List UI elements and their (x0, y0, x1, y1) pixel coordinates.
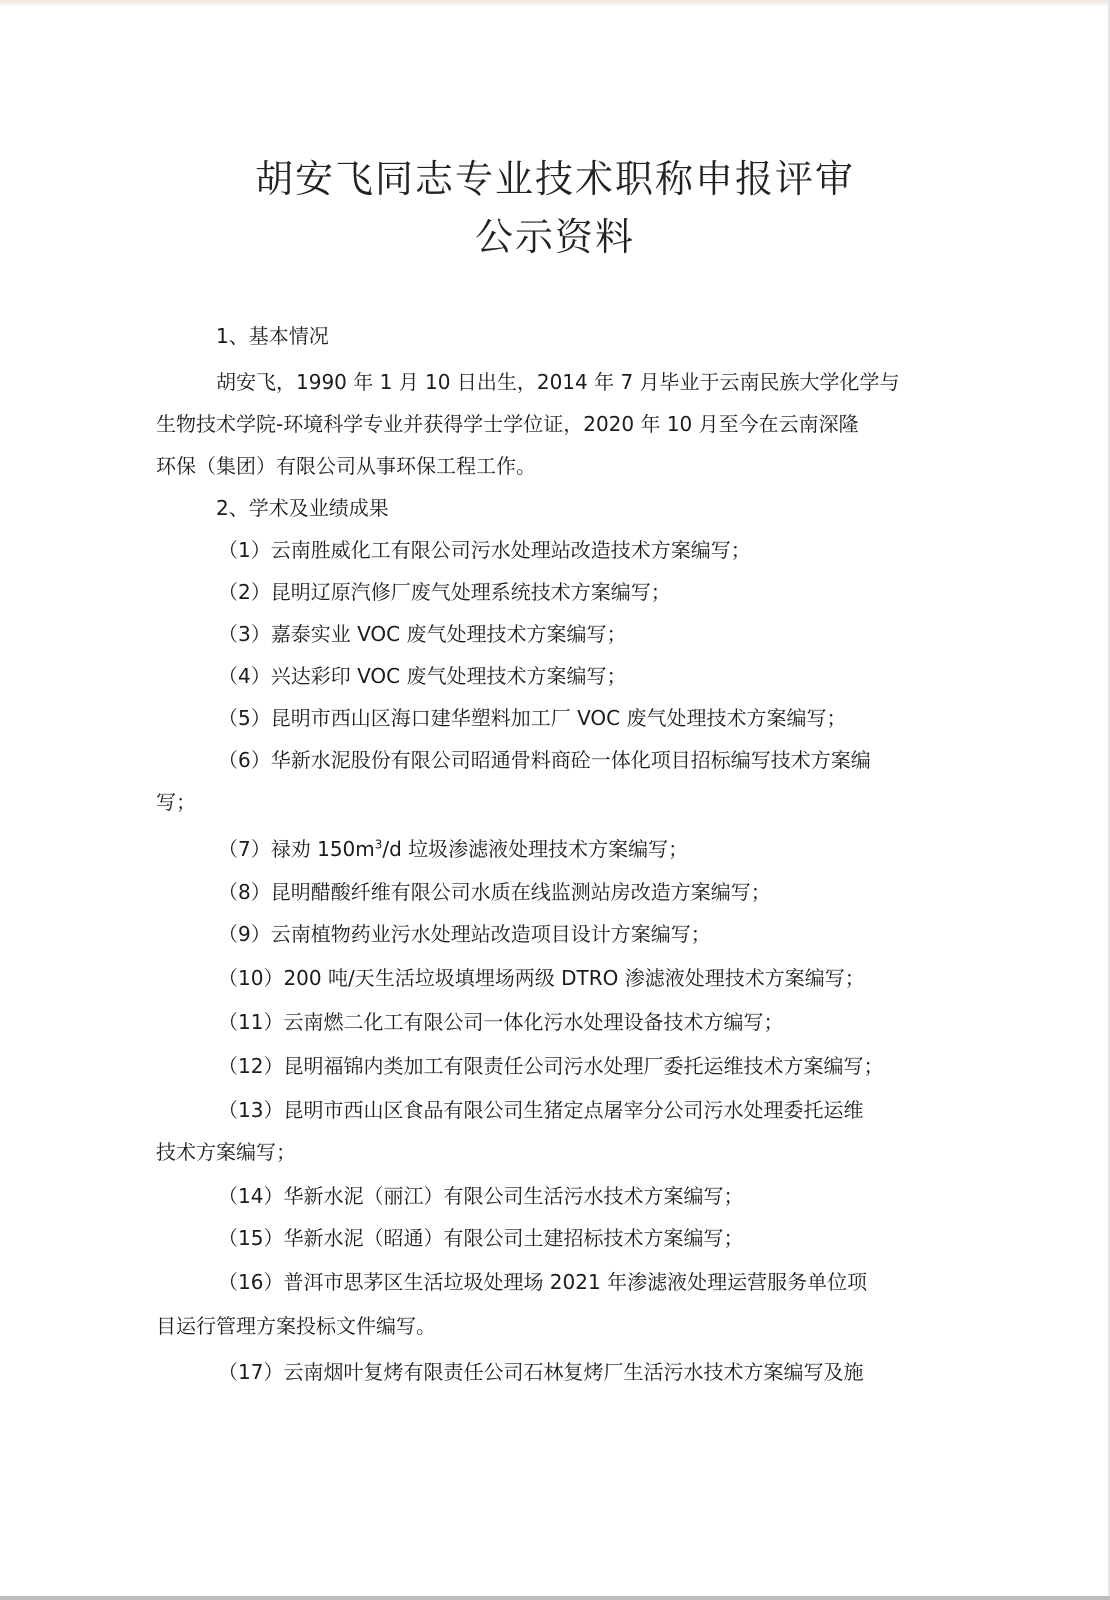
paragraph-line: 胡安飞，1990 年 1 月 10 日出生，2014 年 7 月毕业于云南民族大… (216, 366, 900, 395)
list-item-continuation: 写； (156, 786, 196, 815)
list-item-continuation: 目运行管理方案投标文件编写。 (156, 1310, 436, 1339)
list-item: （7）禄劝 150m3/d 垃圾渗滤液处理技术方案编写； (218, 833, 688, 862)
list-item: （15）华新水泥（昭通）有限公司土建招标技术方案编写； (218, 1222, 743, 1251)
scan-edge-top (0, 0, 1110, 6)
list-item: （5）昆明市西山区海口建华塑料加工厂 VOC 废气处理技术方案编写； (218, 702, 847, 731)
paragraph-line: 环保（集团）有限公司从事环保工程工作。 (156, 450, 536, 479)
paragraph-line: 生物技术学院-环境科学专业并获得学士学位证，2020 年 10 月至今在云南深隆 (156, 408, 859, 437)
list-item: （3）嘉泰实业 VOC 废气处理技术方案编写； (218, 618, 627, 647)
document-subtitle: 公示资料 (0, 206, 1110, 261)
list-item: （14）华新水泥（丽江）有限公司生活污水技术方案编写； (218, 1180, 743, 1209)
list-item: （12）昆明福锦内类加工有限责任公司污水处理厂委托运维技术方案编写； (218, 1050, 883, 1079)
list-item: （17）云南烟叶复烤有限责任公司石林复烤厂生活污水技术方案编写及施 (218, 1356, 863, 1385)
section-heading-basic-info: 1、基本情况 (216, 320, 329, 349)
list-item: （2）昆明辽原汽修厂废气处理系统技术方案编写； (218, 576, 671, 605)
list-item: （16）普洱市思茅区生活垃圾处理场 2021 年渗滤液处理运营服务单位项 (218, 1266, 867, 1295)
list-item-continuation: 技术方案编写； (156, 1136, 296, 1165)
list-item: （9）云南植物药业污水处理站改造项目设计方案编写； (218, 918, 711, 947)
list-item: （10）200 吨/天生活垃圾填埋场两级 DTRO 渗滤液处理技术方案编写； (218, 962, 865, 991)
list-item: （4）兴达彩印 VOC 废气处理技术方案编写； (218, 660, 627, 689)
list-item: （6）华新水泥股份有限公司昭通骨料商砼一体化项目招标编写技术方案编 (218, 744, 871, 773)
list-item: （11）云南燃二化工有限公司一体化污水处理设备技术方编写； (218, 1006, 783, 1035)
scan-edge-bottom (0, 1596, 1110, 1600)
document-title: 胡安飞同志专业技术职称申报评审 (0, 148, 1110, 203)
section-heading-achievements: 2、学术及业绩成果 (216, 492, 389, 521)
list-item: （13）昆明市西山区食品有限公司生猪定点屠宰分公司污水处理委托运维 (218, 1094, 863, 1123)
list-item: （8）昆明醋酸纤维有限公司水质在线监测站房改造方案编写； (218, 876, 771, 905)
list-item: （1）云南胜威化工有限公司污水处理站改造技术方案编写； (218, 534, 751, 563)
